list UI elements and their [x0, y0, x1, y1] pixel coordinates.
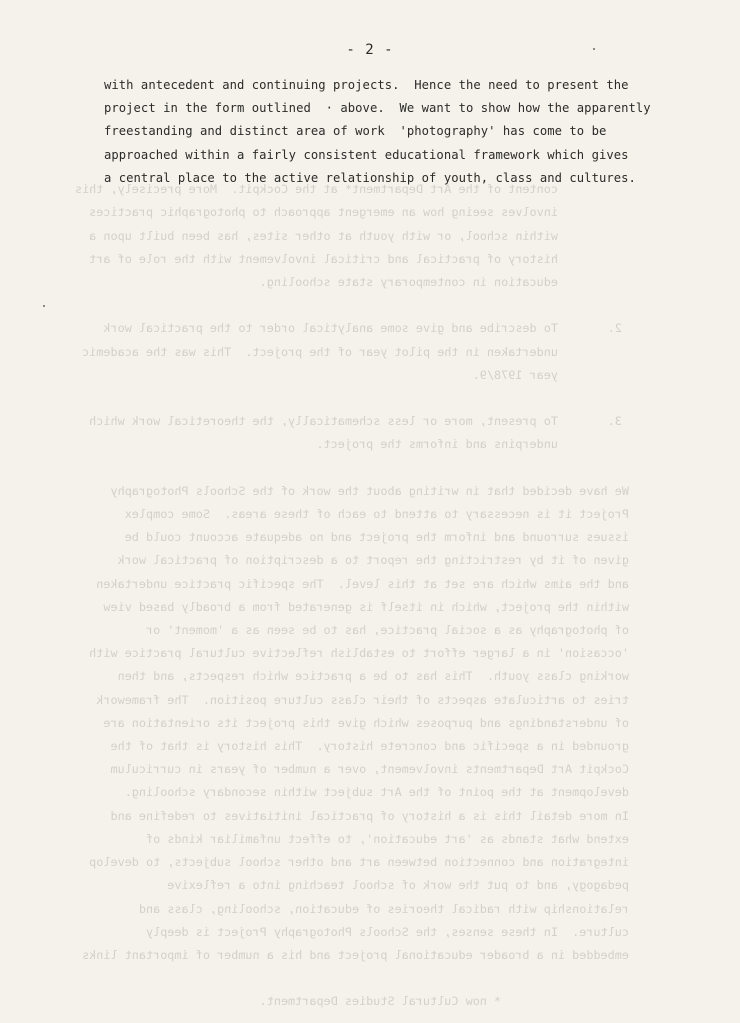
- showthrough-line: We have decided that in writing about th…: [60, 480, 700, 503]
- reverse-side-showthrough-text: content of the Art Department* at the Co…: [60, 155, 700, 1014]
- showthrough-line: within the project, which in itself is g…: [60, 596, 700, 619]
- showthrough-line: working class youth. This has to be a pr…: [60, 665, 700, 688]
- showthrough-line: and the aims which are set at this level…: [60, 573, 700, 596]
- body-paragraph: with antecedent and continuing projects.…: [104, 74, 664, 190]
- document-page: content of the Art Department* at the Co…: [0, 0, 740, 1023]
- page-number: - 2 -: [0, 42, 740, 58]
- showthrough-line: issues surround and inform the project a…: [60, 526, 700, 549]
- showthrough-line: * now Cultural Studies Department.: [60, 990, 700, 1013]
- showthrough-line: year 1978/9.: [60, 364, 700, 387]
- showthrough-line: given of it by restricting the report to…: [60, 549, 700, 572]
- showthrough-line: [60, 457, 700, 480]
- showthrough-line: integration and connection between art a…: [60, 851, 700, 874]
- showthrough-line: Project it is necessary to attend to eac…: [60, 503, 700, 526]
- showthrough-line: 2. To describe and give some analytical …: [60, 317, 700, 340]
- showthrough-line: Cockpit Art Departments involvement, ove…: [60, 758, 700, 781]
- showthrough-line: undertaken in the pilot year of the proj…: [60, 341, 700, 364]
- showthrough-line: embedded in a broader educational projec…: [60, 944, 700, 967]
- showthrough-line: of photography as a social practice, has…: [60, 619, 700, 642]
- text-line: a central place to the active relationsh…: [104, 167, 664, 190]
- showthrough-line: history of practical and critical involv…: [60, 248, 700, 271]
- showthrough-line: In more detail this is a history of prac…: [60, 805, 700, 828]
- showthrough-line: involves seeing how an emergent approach…: [60, 201, 700, 224]
- showthrough-line: within school, or with youth at other si…: [60, 225, 700, 248]
- showthrough-line: education in contemporary state schoolin…: [60, 271, 700, 294]
- showthrough-line: tries to articulate aspects of their cla…: [60, 689, 700, 712]
- ink-speck: [43, 305, 45, 307]
- showthrough-line: culture. In these senses, the Schools Ph…: [60, 921, 700, 944]
- showthrough-line: [60, 967, 700, 990]
- text-line: project in the form outlined · above. We…: [104, 97, 664, 120]
- text-line: freestanding and distinct area of work '…: [104, 120, 664, 143]
- showthrough-line: [60, 387, 700, 410]
- ink-speck: [593, 48, 595, 50]
- showthrough-line: 'occasion' in a larger effort to establi…: [60, 642, 700, 665]
- showthrough-line: [60, 294, 700, 317]
- showthrough-line: pedagogy, and to put the work of school …: [60, 874, 700, 897]
- showthrough-line: grounded in a specific and concrete hist…: [60, 735, 700, 758]
- showthrough-line: extend what stands as 'art education', t…: [60, 828, 700, 851]
- text-line: approached within a fairly consistent ed…: [104, 144, 664, 167]
- showthrough-line: relationship with radical theories of ed…: [60, 898, 700, 921]
- showthrough-line: 3. To present, more or less schematicall…: [60, 410, 700, 433]
- showthrough-line: of understandings and purposes which giv…: [60, 712, 700, 735]
- text-line: with antecedent and continuing projects.…: [104, 74, 664, 97]
- showthrough-line: underpins and informs the project.: [60, 433, 700, 456]
- showthrough-line: development at the point of the Art subj…: [60, 781, 700, 804]
